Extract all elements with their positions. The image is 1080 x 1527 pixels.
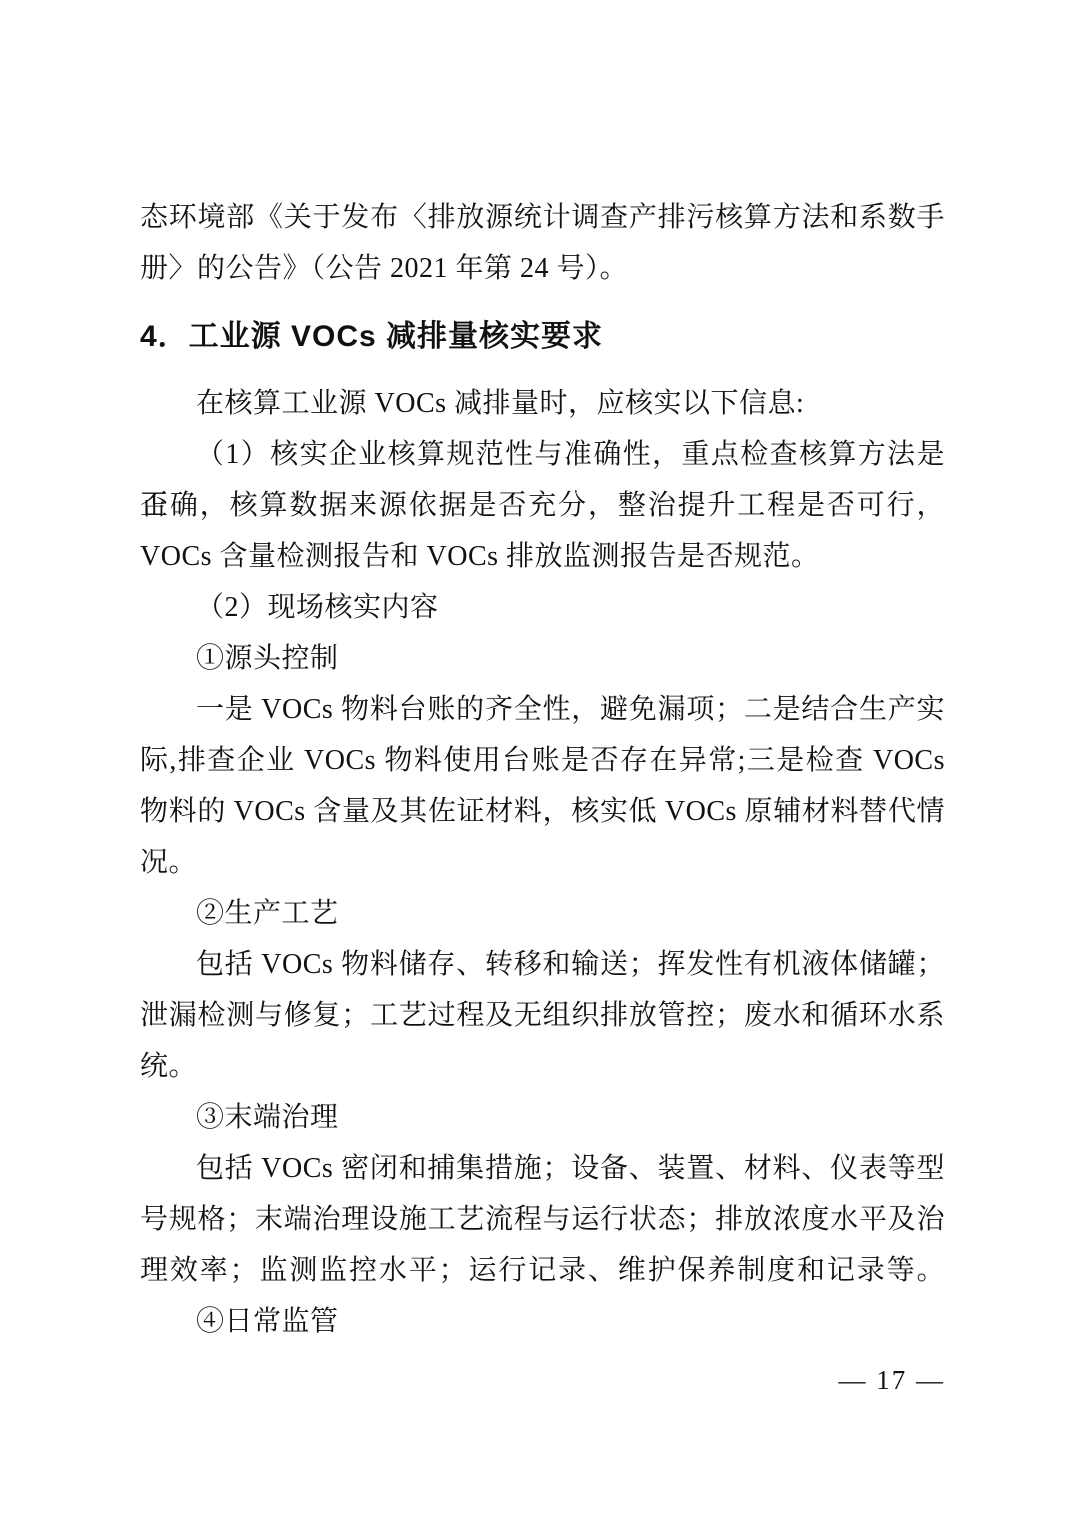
text-line: ④日常监管 [140, 1296, 945, 1347]
text-line: 包括 VOCs 密闭和捕集措施；设备、装置、材料、仪表等型 [140, 1143, 945, 1194]
intro-line: 态环境部《关于发布〈排放源统计调查产排污核算方法和系数手 [140, 192, 945, 243]
text-line: 物料的 VOCs 含量及其佐证材料，核实低 VOCs 原辅材料替代情 [140, 786, 945, 837]
document-page: 态环境部《关于发布〈排放源统计调查产排污核算方法和系数手 册〉的公告》（公告 2… [0, 0, 1080, 1527]
text-line: 一是 VOCs 物料台账的齐全性，避免漏项；二是结合生产实 [140, 684, 945, 735]
text-line: 泄漏检测与修复；工艺过程及无组织排放管控；废水和循环水系 [140, 990, 945, 1041]
text-line: 统。 [140, 1041, 945, 1092]
text-line: （2）现场核实内容 [140, 582, 945, 633]
text-line: 况。 [140, 837, 945, 888]
text-line: 理效率；监测监控水平；运行记录、维护保养制度和记录等。 [140, 1245, 945, 1296]
text-line: VOCs 含量检测报告和 VOCs 排放监测报告是否规范。 [140, 531, 945, 582]
page-number: — 17 — [839, 1365, 946, 1395]
text-line: 际,排查企业 VOCs 物料使用台账是否存在异常;三是检查 VOCs [140, 735, 945, 786]
intro-paragraph: 态环境部《关于发布〈排放源统计调查产排污核算方法和系数手 册〉的公告》（公告 2… [140, 192, 945, 294]
section-heading: 4．工业源 VOCs 减排量核实要求 [140, 312, 945, 362]
intro-line: 册〉的公告》（公告 2021 年第 24 号）。 [140, 243, 945, 294]
text-line: ③末端治理 [140, 1092, 945, 1143]
text-line: ②生产工艺 [140, 888, 945, 939]
page-footer: — 17 — [140, 1355, 945, 1405]
text-line: 号规格；末端治理设施工艺流程与运行状态；排放浓度水平及治 [140, 1194, 945, 1245]
document-body: 在核算工业源 VOCs 减排量时，应核实以下信息: （1）核实企业核算规范性与准… [140, 378, 945, 1347]
text-line: 在核算工业源 VOCs 减排量时，应核实以下信息: [140, 378, 945, 429]
text-line: 包括 VOCs 物料储存、转移和输送；挥发性有机液体储罐； [140, 939, 945, 990]
text-line: （1）核实企业核算规范性与准确性，重点检查核算方法是否 [140, 429, 945, 480]
text-line: 正确，核算数据来源依据是否充分，整治提升工程是否可行， [140, 480, 945, 531]
text-line: ①源头控制 [140, 633, 945, 684]
